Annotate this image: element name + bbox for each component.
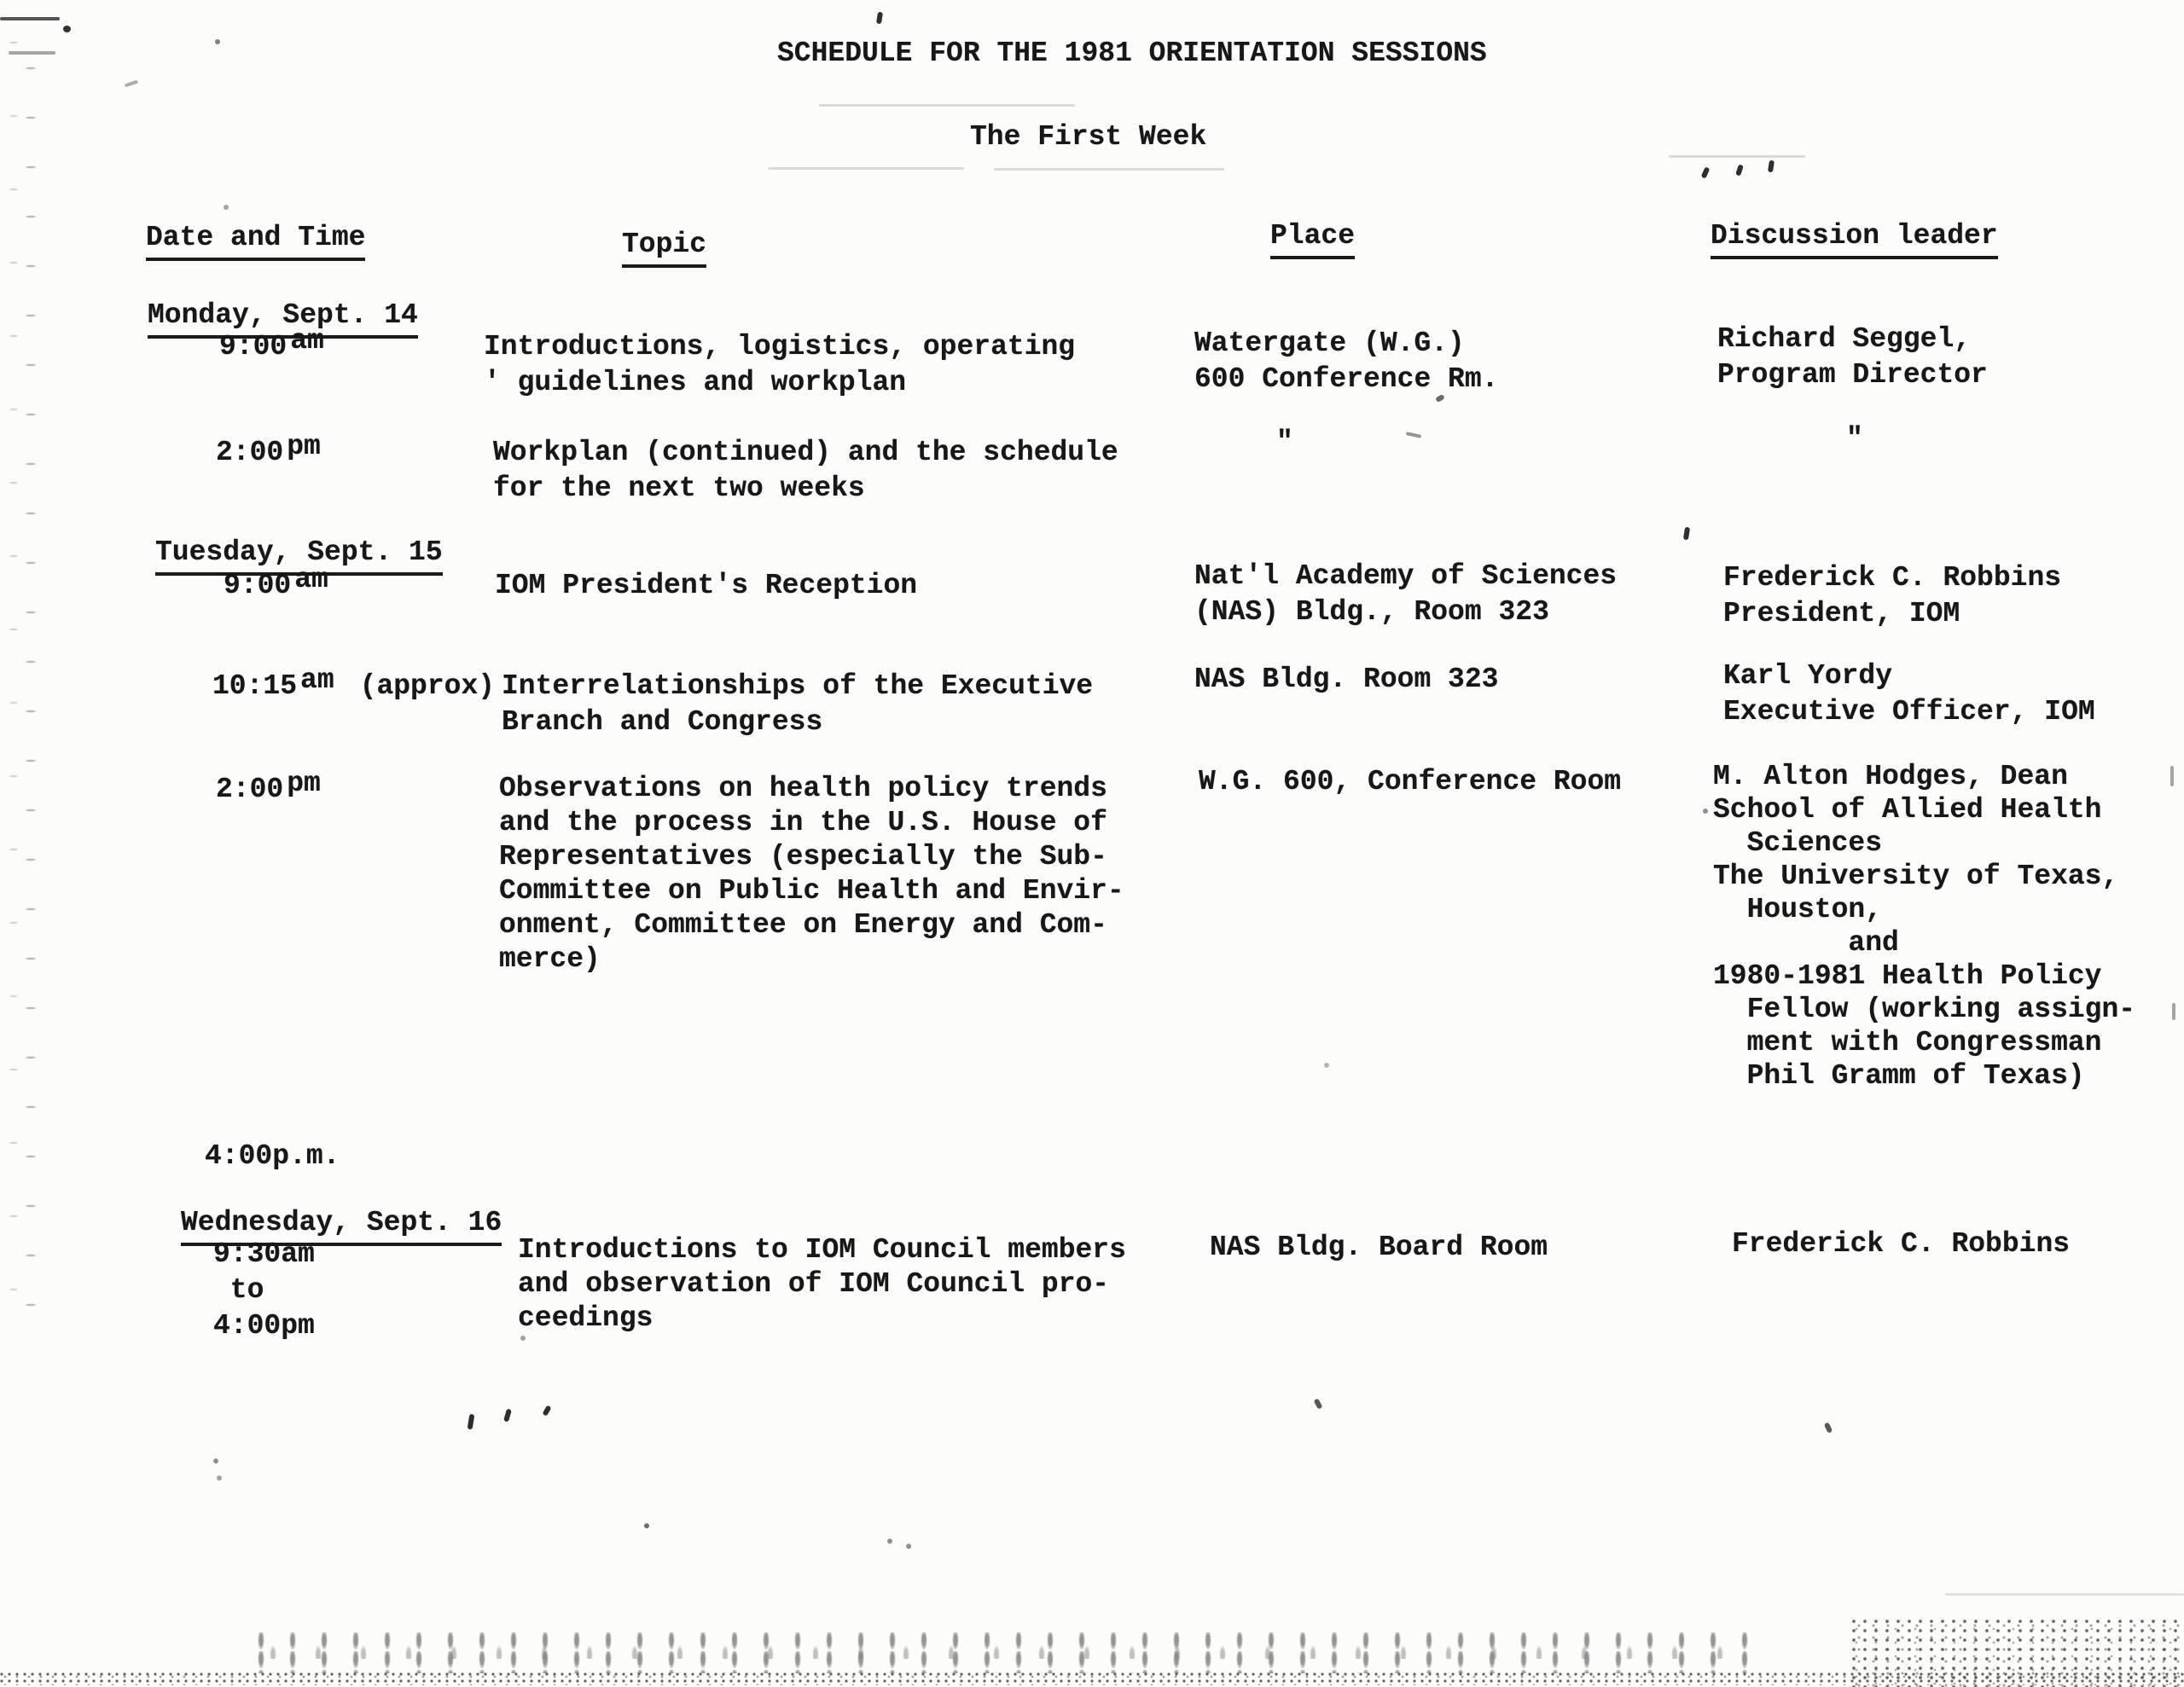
session-time-meridiem: am <box>294 564 328 595</box>
column-header-discussion-leader: Discussion leader <box>1711 218 1998 259</box>
session-time-main: 4:00p.m. <box>205 1140 340 1172</box>
scan-streak <box>819 104 1075 107</box>
scan-noise-mark <box>213 1458 218 1464</box>
session-place: W.G. 600, Conference Room <box>1199 764 1621 800</box>
scan-noise-mark <box>215 39 220 44</box>
column-header-topic: Topic <box>622 227 706 268</box>
page-title: SCHEDULE FOR THE 1981 ORIENTATION SESSIO… <box>777 36 1487 72</box>
scan-noise-mark <box>1735 164 1744 176</box>
session-topic: Introductions, logistics, operating ' gu… <box>484 329 1075 401</box>
scan-streak <box>1945 1593 2184 1596</box>
session-time-main: 10:15 <box>212 670 297 702</box>
session-leader-ditto: " <box>1846 421 1863 457</box>
session-time-main: 9:00 <box>219 331 287 362</box>
scan-noise-mark <box>1406 432 1421 438</box>
scan-noise-mark <box>468 1414 475 1430</box>
session-time: 2:00pm <box>216 435 321 471</box>
scan-noise-mark <box>224 205 229 210</box>
session-place-ditto: " <box>1276 425 1293 461</box>
session-leader: Richard Seggel, Program Director <box>1717 322 1988 393</box>
session-time: 4:00p.m. <box>205 1139 340 1174</box>
scan-noise-left-edge <box>2 9 51 1330</box>
scan-noise-mark <box>217 1475 222 1481</box>
session-leader: Karl Yordy Executive Officer, IOM <box>1723 658 2095 730</box>
scan-noise-mark <box>1314 1398 1323 1409</box>
column-header-place: Place <box>1270 218 1355 259</box>
session-time: 9:00am <box>224 568 328 604</box>
scan-noise-mark <box>1824 1422 1833 1433</box>
session-time-note: (approx) <box>360 670 495 702</box>
session-leader: Frederick C. Robbins <box>1732 1226 2070 1262</box>
scan-noise-mark <box>876 12 883 25</box>
scan-noise-mark <box>2170 766 2174 786</box>
session-time-meridiem: am <box>300 664 334 696</box>
session-time-main: 2:00 <box>216 437 283 468</box>
session-time-range: 9:30am to 4:00pm <box>213 1237 315 1344</box>
session-topic: Workplan (continued) and the schedule fo… <box>493 435 1118 507</box>
session-time-main: 9:00 <box>224 570 291 601</box>
session-leader: M. Alton Hodges, Dean School of Allied H… <box>1713 760 2135 1093</box>
session-place: Watergate (W.G.) 600 Conference Rm. <box>1194 326 1498 397</box>
scan-noise-mark <box>1703 809 1708 814</box>
session-time-meridiem: pm <box>287 768 321 799</box>
column-header-date-time: Date and Time <box>146 220 365 261</box>
scan-noise-mark <box>520 1336 526 1341</box>
scan-streak <box>768 167 964 170</box>
scan-noise-mark <box>1768 160 1774 173</box>
session-place: NAS Bldg. Board Room <box>1210 1230 1548 1266</box>
session-topic: Interrelationships of the Executive Bran… <box>502 669 1093 740</box>
scan-noise-mark <box>1324 1063 1329 1068</box>
scanned-schedule-page: SCHEDULE FOR THE 1981 ORIENTATION SESSIO… <box>0 0 2184 1687</box>
scan-noise-mark <box>1683 527 1690 541</box>
scan-noise-mark <box>906 1544 911 1549</box>
page-subtitle: The First Week <box>970 119 1206 155</box>
session-place: NAS Bldg. Room 323 <box>1194 662 1498 698</box>
session-time-main: 2:00 <box>216 774 283 805</box>
scan-noise-bottom-right-corner <box>1851 1619 2184 1687</box>
scan-streak <box>1669 155 1805 158</box>
scan-noise-mark <box>503 1408 512 1422</box>
session-topic: Introductions to IOM Council members and… <box>518 1233 1126 1336</box>
scan-noise-mark <box>644 1523 649 1528</box>
scan-noise-mark <box>0 17 60 20</box>
scan-noise-bottom-ticks <box>256 1632 1757 1673</box>
scan-noise-mark <box>887 1539 892 1544</box>
session-time: 10:15am(approx) <box>212 669 495 704</box>
scan-noise-mark <box>542 1405 551 1416</box>
session-time: 2:00pm <box>216 772 321 808</box>
session-time-meridiem: am <box>290 325 324 357</box>
session-topic: Observations on health policy trends and… <box>499 772 1124 977</box>
session-place: Nat'l Academy of Sciences (NAS) Bldg., R… <box>1194 559 1617 630</box>
session-time-meridiem: pm <box>287 431 321 462</box>
session-leader: Frederick C. Robbins President, IOM <box>1723 560 2061 632</box>
session-topic: IOM President's Reception <box>495 568 917 604</box>
scan-noise-mark <box>2172 1003 2175 1020</box>
scan-streak <box>994 168 1224 171</box>
scan-noise-mark <box>125 80 138 88</box>
scan-noise-mark <box>1701 166 1711 178</box>
session-time: 9:00am <box>219 329 324 365</box>
scan-noise-mark <box>63 26 71 32</box>
scan-noise-mark <box>9 51 55 55</box>
